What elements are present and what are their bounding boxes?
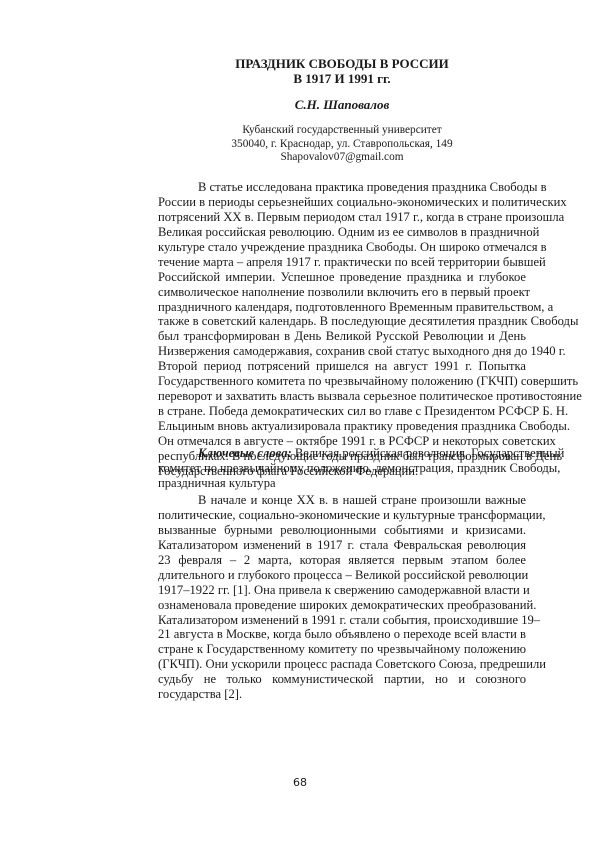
email: Shapovalov07@gmail.com [158,151,526,165]
abstract-line: праздничного календаря, подготовленного … [158,300,526,315]
page-number: 68 [0,776,600,789]
title-line-1: ПРАЗДНИК СВОБОДЫ В РОССИИ [158,56,526,71]
body-line: судьбу не только коммунистической партии… [158,672,526,687]
institution: Кубанский государственный университет [158,124,526,138]
abstract-line: Великая российская революцию. Одним из е… [158,225,526,240]
affiliation: Кубанский государственный университет 35… [158,124,526,165]
abstract-line: России в периоды серьезнейших социально-… [158,195,526,210]
keywords-label: Ключевые слова: [198,446,292,460]
body-line: длительного и глубокого процесса – Велик… [158,568,526,583]
abstract-line: Второй период потрясений пришелся на авг… [158,359,526,374]
keywords-text-1: Великая российская революция, Государств… [292,446,565,460]
abstract-line: потрясений XX в. Первым периодом стал 19… [158,210,526,225]
body-line: 23 февраля – 2 марта, которая является п… [158,553,526,568]
abstract-line: Российской империи. Успешное проведение … [158,270,526,285]
author-name: С.Н. Шаповалов [158,97,526,112]
body-line: Катализатором изменений в 1991 г. стали … [158,613,526,628]
abstract-line: Государственного комитета по чрезвычайно… [158,374,526,389]
body-line: 21 августа в Москве, когда было объявлен… [158,627,526,642]
abstract-line: течение марта – апреля 1917 г. практичес… [158,255,526,270]
body-line: государства [2]. [158,687,526,702]
abstract-line: В статье исследована практика проведения… [158,180,526,195]
abstract-line: Низвержения самодержавия, сохранив свой … [158,344,526,359]
address: 350040, г. Краснодар, ул. Ставропольская… [158,138,526,152]
title-line-2: В 1917 И 1991 гг. [158,71,526,86]
abstract-line: переворот и захватить власть вызвала сер… [158,389,526,404]
body-line: 1917–1922 гг. [1]. Она привела к свержен… [158,583,526,598]
abstract-line: был трансформирован в День Великой Русск… [158,329,526,344]
keywords: Ключевые слова: Великая российская револ… [158,446,526,491]
body-paragraph: В начале и конце XX в. в нашей стране пр… [158,493,526,702]
body-line: (ГКЧП). Они ускорили процесс распада Сов… [158,657,526,672]
body-line: вызванные бурными революционными события… [158,523,526,538]
abstract-line: также в советский календарь. В последующ… [158,314,526,329]
abstract-line: в стране. Победа демократических сил во … [158,404,526,419]
keywords-text-3: праздничная культура [158,476,526,491]
abstract-line: Ельциным вновь актуализировала практику … [158,419,526,434]
body-line: политические, социально-экономические и … [158,508,526,523]
body-line: ознаменовала проведение широких демократ… [158,598,526,613]
abstract: В статье исследована практика проведения… [158,180,526,479]
body-line: Катализатором изменений в 1917 г. стала … [158,538,526,553]
abstract-line: символическое наполнение позволили включ… [158,285,526,300]
abstract-line: культуре стало учреждение праздника Своб… [158,240,526,255]
body-line: В начале и конце XX в. в нашей стране пр… [158,493,526,508]
article-title: ПРАЗДНИК СВОБОДЫ В РОССИИ В 1917 И 1991 … [158,56,526,86]
keywords-text-2: комитет по чрезвычайному положению, демо… [158,461,526,476]
body-line: стране к Государственному комитету по чр… [158,642,526,657]
